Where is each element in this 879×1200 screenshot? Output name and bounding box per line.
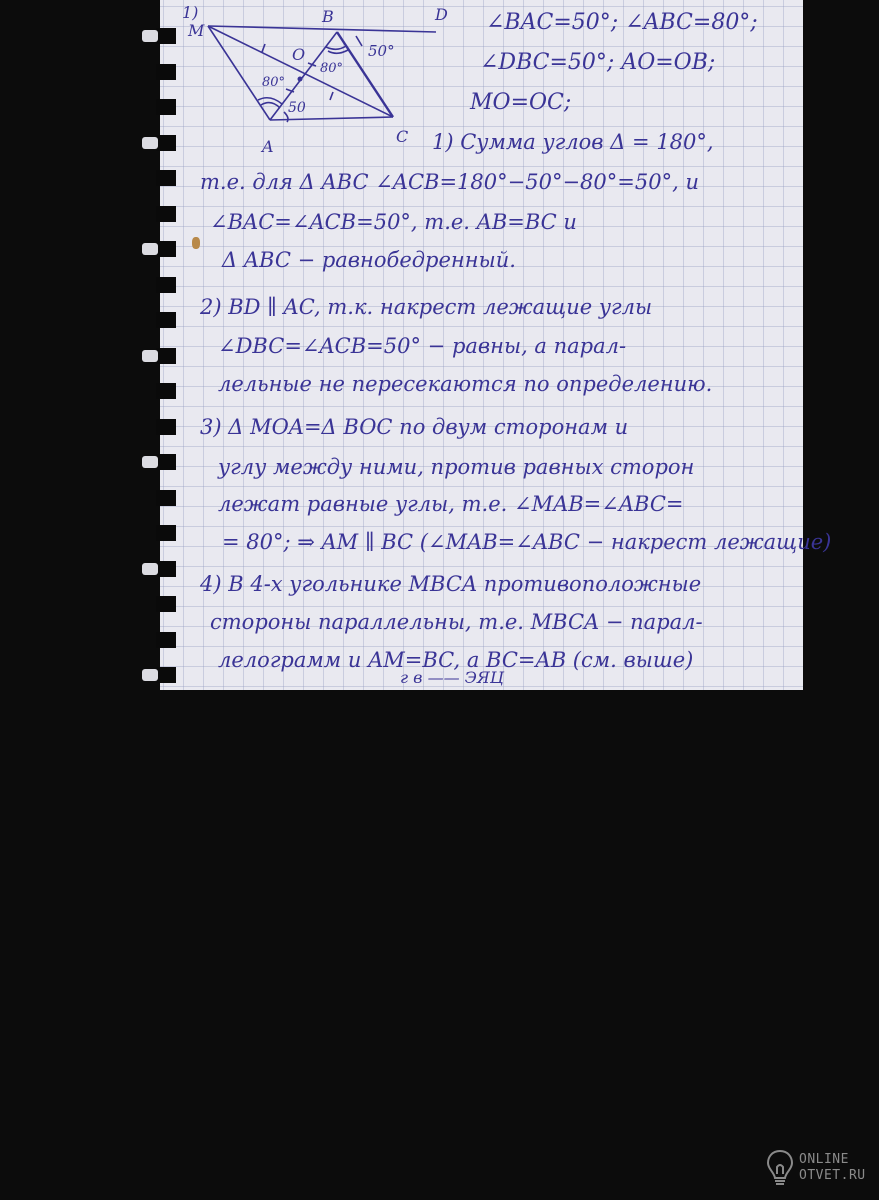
solution-line: 2) BD ∥ AC, т.к. накрест лежащие углы <box>200 295 652 319</box>
binding-hole <box>156 490 176 506</box>
given-line: MO=OC; <box>470 90 571 115</box>
paper-scrap <box>142 243 158 255</box>
binding-hole <box>156 312 176 328</box>
point-o <box>298 77 303 82</box>
binding-hole <box>156 348 176 364</box>
solution-line: лельные не пересекаются по определению. <box>218 372 712 396</box>
solution-line: 1) Сумма углов Δ = 180°, <box>432 130 714 154</box>
paper-stain <box>192 237 200 249</box>
label-step: 1) <box>182 3 198 22</box>
footer-scribble: г в —— ЭЯЦ <box>400 668 504 687</box>
label-angle-abc: 80° <box>320 61 343 76</box>
binding-hole <box>156 596 176 612</box>
label-angle-dbc: 50° <box>368 42 395 60</box>
label-a: A <box>260 137 274 156</box>
solution-line: 4) В 4-х угольнике MBCA противоположные <box>200 572 701 596</box>
solution-line: лежат равные углы, т.е. ∠MAB=∠ABC= <box>218 492 684 516</box>
solution-line: стороны параллельны, т.е. MBCA − парал- <box>210 610 703 634</box>
label-angle-mab: 80° <box>262 75 285 90</box>
line-md <box>208 26 436 32</box>
watermark: ONLINE OTVET.RU <box>765 1148 866 1188</box>
solution-line: = 80°; ⇒ AM ∥ BC (∠MAB=∠ABC − накрест ле… <box>222 530 831 554</box>
given-line: ∠DBC=50°; AO=OB; <box>480 50 715 75</box>
label-angle-bac: 50 <box>288 100 306 116</box>
solution-line: ∠BAC=∠ACB=50°, т.е. AB=BC и <box>210 210 577 234</box>
label-d: D <box>434 5 448 24</box>
paper-scrap <box>142 669 158 681</box>
label-m: M <box>187 21 205 40</box>
binding-hole <box>156 206 176 222</box>
binding-hole <box>156 277 176 293</box>
paper-scrap <box>142 563 158 575</box>
watermark-line1: ONLINE <box>799 1152 866 1168</box>
solution-line: углу между ними, против равных сторон <box>218 455 694 479</box>
segment-ma <box>208 26 270 120</box>
solution-line: 3) Δ MOA=Δ BOC по двум сторонам и <box>200 415 628 439</box>
label-o: O <box>292 45 305 64</box>
binding-hole <box>156 419 176 435</box>
angle-arc-b <box>326 46 346 49</box>
label-c: C <box>396 127 408 146</box>
watermark-line2: OTVET.RU <box>799 1168 866 1184</box>
binding-hole <box>156 667 176 683</box>
binding-hole <box>156 454 176 470</box>
solution-line: Δ ABC − равнобедренный. <box>222 248 516 272</box>
binding-hole <box>156 241 176 257</box>
angle-arc-a2 <box>261 103 280 108</box>
binding-hole <box>156 525 176 541</box>
binding-hole <box>156 170 176 186</box>
label-b: B <box>321 7 334 26</box>
geometry-diagram: 1) M B D A C O 80° 50° 80° 50 <box>150 0 450 160</box>
binding-hole <box>156 561 176 577</box>
binding-hole <box>156 632 176 648</box>
binding-hole <box>156 383 176 399</box>
angle-arc-b2 <box>328 50 348 53</box>
paper-scrap <box>142 456 158 468</box>
given-line: ∠BAC=50°; ∠ABC=80°; <box>486 10 758 35</box>
paper-scrap <box>142 350 158 362</box>
lightbulb-icon <box>765 1148 795 1188</box>
solution-line: т.е. для Δ ABC ∠ACB=180°−50°−80°=50°, и <box>200 170 699 194</box>
solution-line: ∠DBC=∠ACB=50° − равны, а парал- <box>218 334 626 358</box>
